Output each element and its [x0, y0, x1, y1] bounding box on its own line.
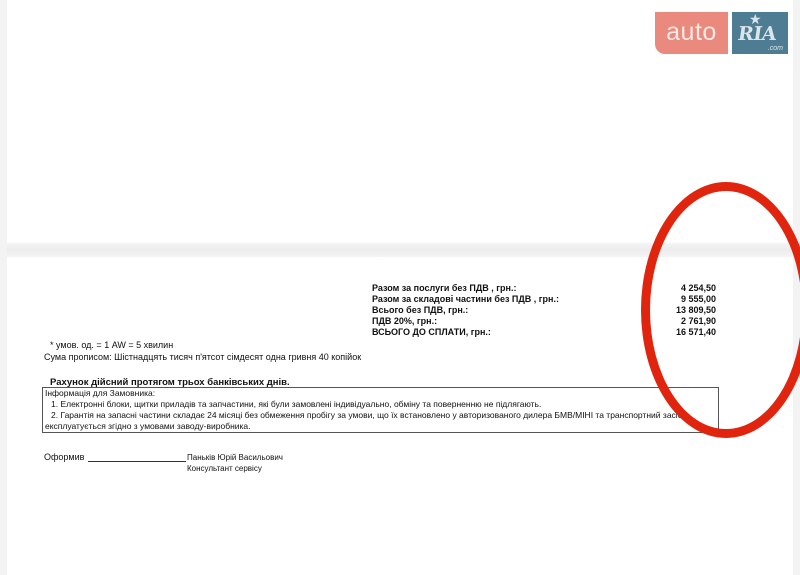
- sum-in-words: Сума прописом: Шістнадцять тисяч п'ятсот…: [44, 352, 361, 362]
- unit-note: * умов. од. = 1 AW = 5 хвилин: [50, 340, 173, 350]
- totals-row: ПДВ 20%, грн.: 2 761,90: [372, 316, 716, 327]
- totals-label: ВСЬОГО ДО СПЛАТИ, грн.:: [372, 327, 491, 338]
- totals-value: 9 555,00: [681, 294, 716, 305]
- customer-info-item: 2. Гарантія на запасні частини складає 2…: [43, 410, 718, 421]
- customer-info-continuation: експлуатується згідно з умовами заводу-в…: [43, 421, 718, 432]
- totals-value: 13 809,50: [676, 305, 716, 316]
- totals-label: Разом за послуги без ПДВ , грн.:: [372, 283, 516, 294]
- totals-value: 2 761,90: [681, 316, 716, 327]
- customer-info-box: Інформація для Замовника: 1. Електронні …: [42, 387, 719, 433]
- signer-role: Консультант сервісу: [187, 463, 283, 474]
- logo-auto: auto: [655, 12, 728, 54]
- totals-row: Разом за послуги без ПДВ , грн.: 4 254,5…: [372, 283, 716, 294]
- totals-row-grand-total: ВСЬОГО ДО СПЛАТИ, грн.: 16 571,40: [372, 327, 716, 338]
- signature-block: Оформив: [44, 452, 188, 462]
- customer-info-item: 1. Електронні блоки, щитки приладів та з…: [43, 399, 718, 410]
- logo-domain: .com: [768, 45, 783, 52]
- totals-label: ПДВ 20%, грн.:: [372, 316, 437, 327]
- autoria-logo: auto ★ RIA .com: [655, 12, 788, 54]
- totals-row: Всього без ПДВ, грн.: 13 809,50: [372, 305, 716, 316]
- totals-value: 16 571,40: [676, 327, 716, 338]
- totals-label: Разом за складові частини без ПДВ , грн.…: [372, 294, 559, 305]
- logo-ria-text: RIA: [736, 23, 777, 45]
- totals-table: Разом за послуги без ПДВ , грн.: 4 254,5…: [372, 283, 716, 338]
- signature-label: Оформив: [44, 452, 84, 462]
- logo-ria: ★ RIA .com: [732, 12, 788, 54]
- signer-info: Паньків Юрій Васильович Консультант серв…: [187, 452, 283, 474]
- totals-value: 4 254,50: [681, 283, 716, 294]
- totals-row: Разом за складові частини без ПДВ , грн.…: [372, 294, 716, 305]
- customer-info-title: Інформація для Замовника:: [43, 388, 718, 399]
- signer-name: Паньків Юрій Васильович: [187, 452, 283, 463]
- signature-line: [88, 452, 186, 462]
- totals-label: Всього без ПДВ, грн.:: [372, 305, 468, 316]
- page-separator: [7, 243, 793, 257]
